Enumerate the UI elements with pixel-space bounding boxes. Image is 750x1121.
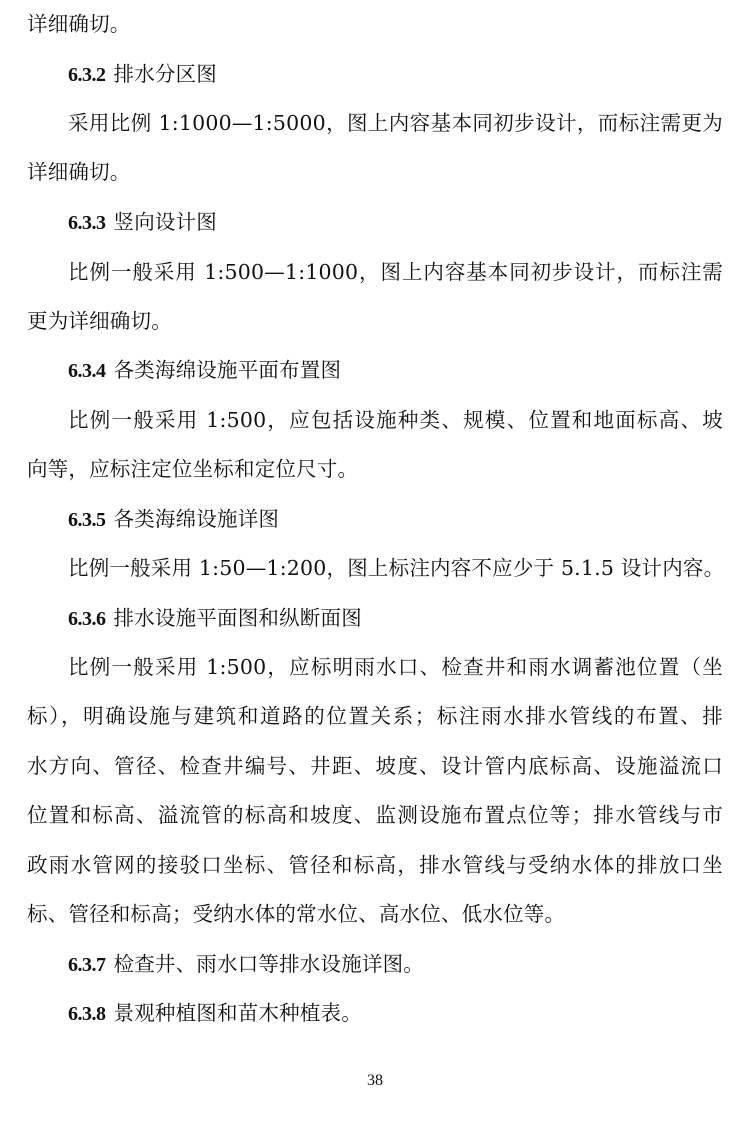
section-title: 检查井、雨水口等排水设施详图。 <box>114 952 425 976</box>
body-line: 更为详细确切。 <box>27 309 727 333</box>
section-title: 排水分区图 <box>114 62 218 86</box>
body-line: 标、管径和标高；受纳水体的常水位、高水位、低水位等。 <box>27 902 727 926</box>
body-line: 政雨水管网的接驳口坐标、管径和标高，排水管线与受纳水体的排放口坐 <box>27 853 723 877</box>
section-number: 6.3.7 <box>68 954 106 976</box>
section-heading-6-3-7: 6.3.7检查井、雨水口等排水设施详图。 <box>68 952 750 977</box>
body-line: 比例一般采用 1:500—1:1000，图上内容基本同初步设计，而标注需 <box>68 260 723 284</box>
body-line: 向等，应标注定位坐标和定位尺寸。 <box>27 457 727 481</box>
section-number: 6.3.4 <box>68 360 106 382</box>
section-number: 6.3.5 <box>68 509 106 531</box>
body-line: 详细确切。 <box>27 160 727 184</box>
page-number: 38 <box>0 1071 750 1091</box>
section-title: 竖向设计图 <box>114 210 218 234</box>
section-title: 各类海绵设施详图 <box>114 507 280 531</box>
section-number: 6.3.3 <box>68 212 106 234</box>
section-number: 6.3.6 <box>68 608 106 630</box>
body-line: 比例一般采用 1:500，应包括设施种类、规模、位置和地面标高、坡 <box>68 408 723 432</box>
body-line: 位置和标高、溢流管的标高和坡度、监测设施布置点位等；排水管线与市 <box>27 803 723 827</box>
body-line: 比例一般采用 1:50—1:200，图上标注内容不应少于 5.1.5 设计内容。 <box>68 556 750 580</box>
body-line: 详细确切。 <box>27 12 727 36</box>
document-page: 详细确切。 6.3.2排水分区图 采用比例 1:1000—1:5000，图上内容… <box>0 0 750 1121</box>
section-heading-6-3-4: 6.3.4各类海绵设施平面布置图 <box>68 358 750 383</box>
section-title: 各类海绵设施平面布置图 <box>114 358 342 382</box>
section-title: 排水设施平面图和纵断面图 <box>114 606 362 630</box>
body-line: 比例一般采用 1:500，应标明雨水口、检查井和雨水调蓄池位置（坐 <box>68 655 723 679</box>
body-line: 采用比例 1:1000—1:5000，图上内容基本同初步设计，而标注需更为 <box>68 111 723 135</box>
section-heading-6-3-6: 6.3.6排水设施平面图和纵断面图 <box>68 606 750 631</box>
section-heading-6-3-5: 6.3.5各类海绵设施详图 <box>68 507 750 532</box>
section-heading-6-3-3: 6.3.3竖向设计图 <box>68 210 750 235</box>
section-title: 景观种植图和苗木种植表。 <box>114 1001 362 1025</box>
body-line: 标），明确设施与建筑和道路的位置关系；标注雨水排水管线的布置、排 <box>27 704 723 728</box>
section-number: 6.3.8 <box>68 1003 106 1025</box>
section-number: 6.3.2 <box>68 64 106 86</box>
body-line: 水方向、管径、检查井编号、井距、坡度、设计管内底标高、设施溢流口 <box>27 754 723 778</box>
section-heading-6-3-8: 6.3.8景观种植图和苗木种植表。 <box>68 1001 750 1026</box>
section-heading-6-3-2: 6.3.2排水分区图 <box>68 62 750 87</box>
